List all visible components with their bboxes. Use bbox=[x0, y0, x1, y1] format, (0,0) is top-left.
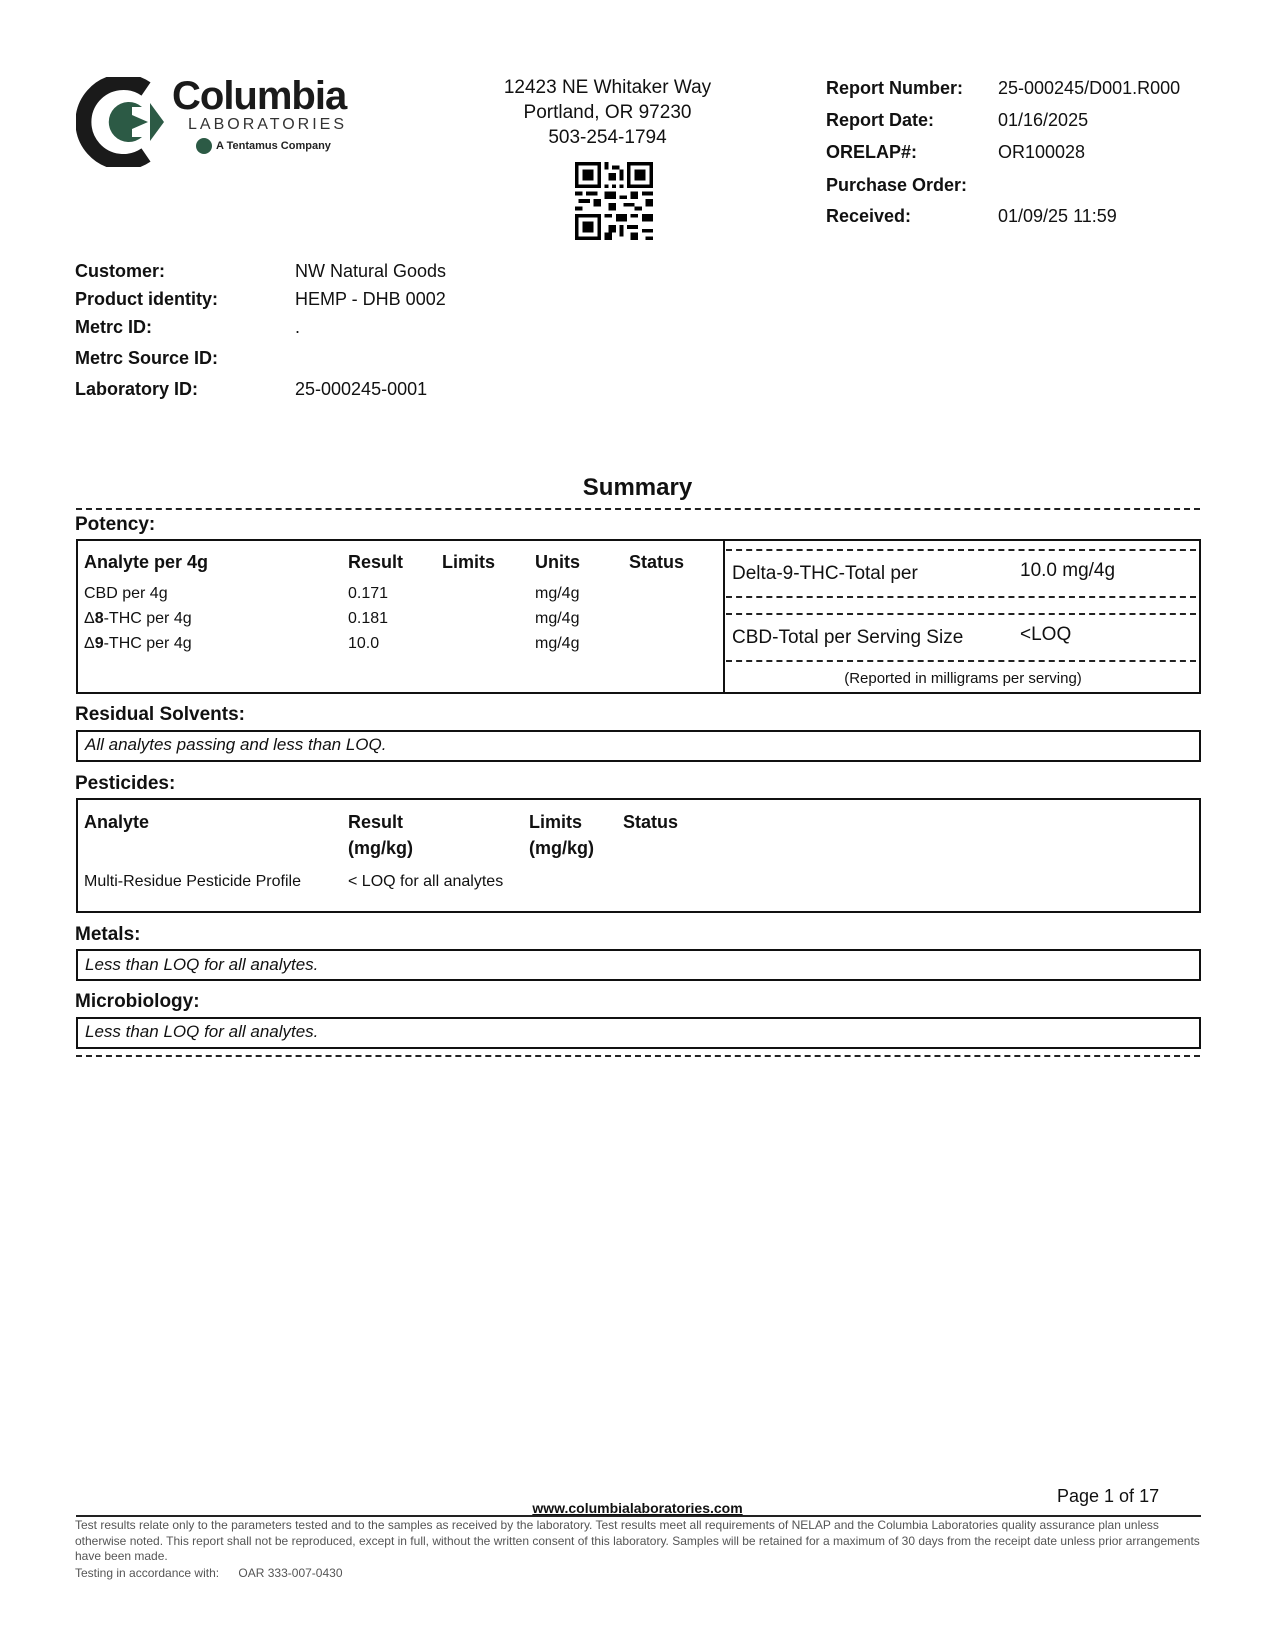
customer-value: NW Natural Goods bbox=[295, 261, 446, 282]
potency-analyte: CBD per 4g bbox=[84, 585, 168, 603]
totals-dashed-line bbox=[726, 549, 1196, 551]
delta9-total-label: Delta-9-THC-Total per bbox=[732, 563, 918, 585]
logo-parent-company: A Tentamus Company bbox=[196, 138, 331, 154]
received-label: Received: bbox=[826, 206, 911, 227]
potency-header-result: Result bbox=[348, 552, 403, 573]
residual-solvents-text: All analytes passing and less than LOQ. bbox=[85, 735, 386, 755]
potency-result: 0.171 bbox=[348, 585, 388, 603]
report-date-value: 01/16/2025 bbox=[998, 110, 1088, 131]
pesticides-label: Pesticides: bbox=[75, 773, 175, 795]
orelap-label: ORELAP#: bbox=[826, 142, 917, 163]
report-number-label: Report Number: bbox=[826, 78, 963, 99]
potency-units: mg/4g bbox=[535, 635, 579, 653]
metrc-id-label: Metrc ID: bbox=[75, 317, 152, 338]
laboratory-id-value: 25-000245-0001 bbox=[295, 379, 427, 400]
orelap-value: OR100028 bbox=[998, 142, 1085, 163]
potency-result: 0.181 bbox=[348, 610, 388, 628]
report-number-value: 25-000245/D001.R000 bbox=[998, 78, 1180, 99]
totals-dashed-line bbox=[726, 596, 1196, 598]
potency-header-units: Units bbox=[535, 552, 580, 573]
footer-testing: Testing in accordance with: OAR 333-007-… bbox=[75, 1566, 343, 1580]
potency-header-status: Status bbox=[629, 552, 684, 573]
potency-divider bbox=[723, 539, 725, 694]
totals-dashed-line bbox=[726, 613, 1196, 615]
testing-label: Testing in accordance with: bbox=[75, 1566, 219, 1580]
potency-analyte: Δ8-THC per 4g bbox=[84, 610, 192, 628]
potency-header-limits: Limits bbox=[442, 552, 495, 573]
website-link[interactable]: www.columbialaboratories.com bbox=[0, 1500, 1275, 1516]
dashed-divider bbox=[76, 1055, 1200, 1057]
microbiology-label: Microbiology: bbox=[75, 991, 200, 1013]
metals-text: Less than LOQ for all analytes. bbox=[85, 955, 318, 975]
received-value: 01/09/25 11:59 bbox=[998, 206, 1117, 227]
pesticides-header-result-unit: (mg/kg) bbox=[348, 838, 413, 859]
delta9-total-value: 10.0 mg/4g bbox=[1020, 560, 1115, 582]
pesticides-header-status: Status bbox=[623, 812, 678, 833]
pesticides-result: < LOQ for all analytes bbox=[348, 873, 503, 891]
potency-result: 10.0 bbox=[348, 635, 379, 653]
totals-dashed-line bbox=[726, 660, 1196, 662]
logo-subtitle: LABORATORIES bbox=[188, 116, 347, 134]
tentamus-icon bbox=[196, 138, 212, 154]
customer-label: Customer: bbox=[75, 261, 165, 282]
potency-label: Potency: bbox=[75, 514, 155, 536]
report-date-label: Report Date: bbox=[826, 110, 934, 131]
metrc-id-value: . bbox=[295, 317, 300, 338]
columbia-logo-mark-icon bbox=[76, 77, 172, 167]
residual-solvents-label: Residual Solvents: bbox=[75, 704, 245, 726]
pesticides-header-result: Result bbox=[348, 812, 403, 833]
testing-value: OAR 333-007-0430 bbox=[238, 1566, 342, 1580]
metrc-source-id-label: Metrc Source ID: bbox=[75, 348, 218, 369]
footer-rule bbox=[76, 1515, 1201, 1517]
logo-wordmark: Columbia bbox=[172, 74, 346, 119]
pesticides-analyte: Multi-Residue Pesticide Profile bbox=[84, 873, 301, 891]
address-line1: 12423 NE Whitaker Way bbox=[480, 77, 735, 99]
serving-note: (Reported in milligrams per serving) bbox=[726, 670, 1200, 687]
potency-analyte: Δ9-THC per 4g bbox=[84, 635, 192, 653]
purchase-order-label: Purchase Order: bbox=[826, 175, 967, 196]
potency-header-analyte: Analyte per 4g bbox=[84, 552, 208, 573]
metals-label: Metals: bbox=[75, 924, 140, 946]
logo-parent-text: A Tentamus Company bbox=[216, 140, 331, 152]
microbiology-text: Less than LOQ for all analytes. bbox=[85, 1022, 318, 1042]
dashed-divider bbox=[76, 508, 1200, 510]
cbd-total-label: CBD-Total per Serving Size bbox=[732, 627, 963, 649]
summary-title: Summary bbox=[0, 474, 1275, 502]
pesticides-header-analyte: Analyte bbox=[84, 812, 149, 833]
potency-units: mg/4g bbox=[535, 610, 579, 628]
cbd-total-value: <LOQ bbox=[1020, 624, 1071, 646]
qr-code-icon[interactable] bbox=[574, 162, 654, 240]
potency-units: mg/4g bbox=[535, 585, 579, 603]
address-line2: Portland, OR 97230 bbox=[480, 102, 735, 124]
laboratory-id-label: Laboratory ID: bbox=[75, 379, 198, 400]
pesticides-header-limits-unit: (mg/kg) bbox=[529, 838, 594, 859]
product-identity-value: HEMP - DHB 0002 bbox=[295, 289, 446, 310]
pesticides-header-limits: Limits bbox=[529, 812, 582, 833]
footer-disclaimer: Test results relate only to the paramete… bbox=[75, 1518, 1205, 1565]
product-identity-label: Product identity: bbox=[75, 289, 218, 310]
address-phone: 503-254-1794 bbox=[480, 127, 735, 149]
